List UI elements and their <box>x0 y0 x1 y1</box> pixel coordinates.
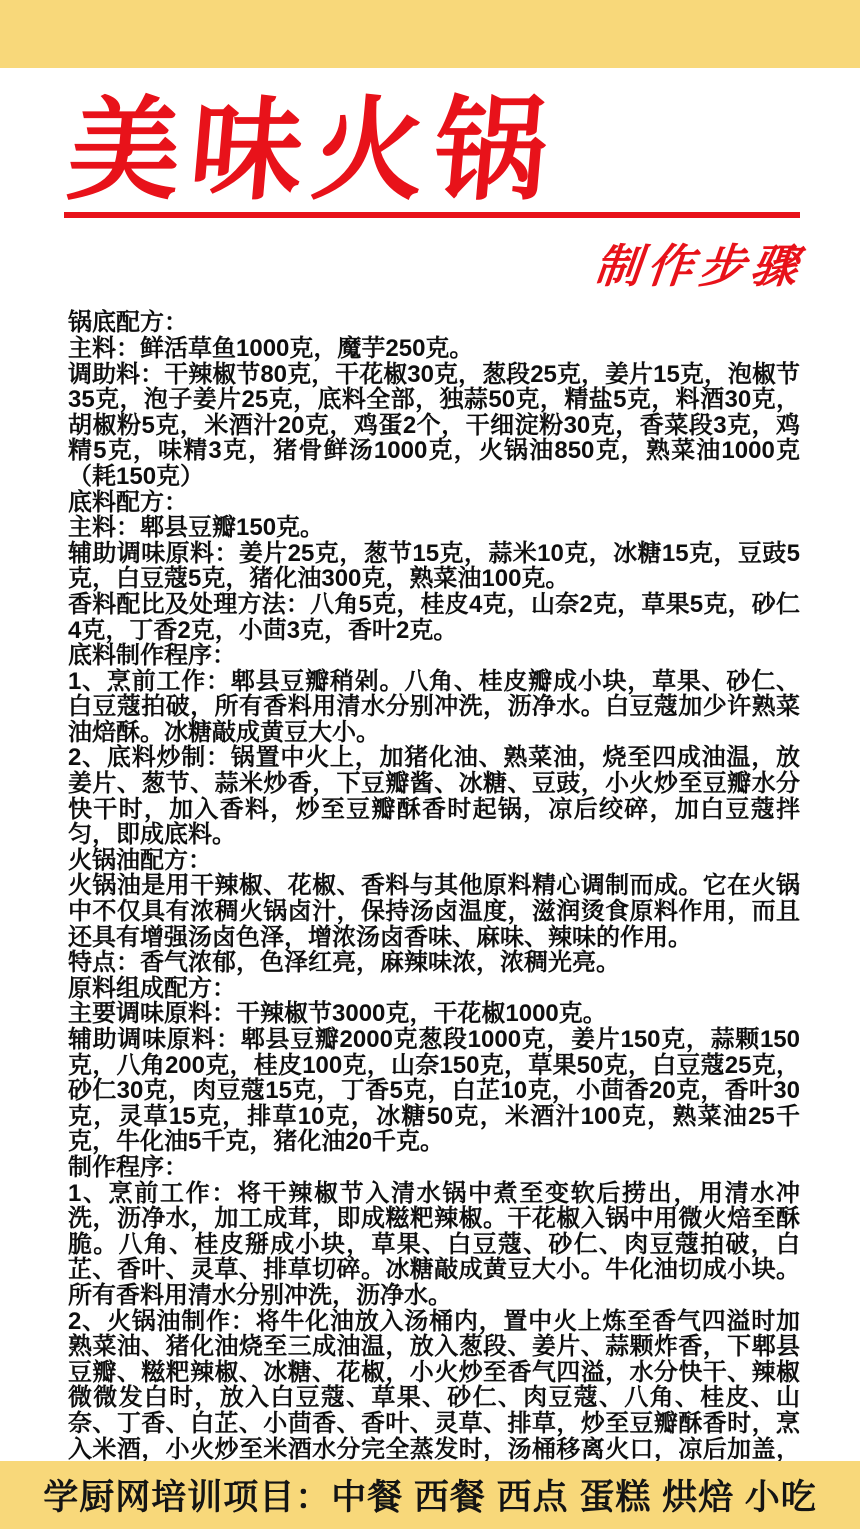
footer-training-programs: 学厨网培训项目：中餐 西餐 西点 蛋糕 烘焙 小吃 <box>43 1470 817 1520</box>
base-aux-seasonings: 辅助调味原料：姜片25克，葱节15克，蒜米10克，冰糖15克，豆豉5克，白豆蔻5… <box>68 541 800 592</box>
bottom-yellow-band: 学厨网培训项目：中餐 西餐 西点 蛋糕 烘焙 小吃 <box>0 1461 860 1529</box>
base-procedure-step-2: 2、底料炒制：锅置中火上，加猪化油、熟菜油，烧至四成油温，放姜片、葱节、蒜米炒香… <box>68 745 800 847</box>
base-spice-ratios: 香料配比及处理方法：八角5克，桂皮4克，山奈2克，草果5克，砂仁4克，丁香2克，… <box>68 592 800 643</box>
header: 美味火锅 制作步骤 <box>0 68 860 296</box>
base-procedure-step-1: 1、烹前工作：郫县豆瓣稍剁。八角、桂皮瓣成小块，草果、砂仁、白豆蔻拍破，所有香料… <box>68 669 800 746</box>
page-title: 美味火锅 <box>64 98 809 204</box>
hotpot-oil-description: 火锅油是用干辣椒、花椒、香料与其他原料精心调制而成。它在火锅中不仅具有浓稠火锅卤… <box>68 873 800 950</box>
section-heading-base-material: 底料配方： <box>68 490 800 516</box>
oil-procedure-step-1: 1、烹前工作：将干辣椒节入清水锅中煮至变软后捞出，用清水冲洗，沥净水，加工成茸，… <box>68 1181 800 1309</box>
section-heading-pot-base: 锅底配方： <box>68 310 800 336</box>
pot-base-seasonings: 调助料：干辣椒节80克，干花椒30克，葱段25克，姜片15克，泡椒节35克，泡子… <box>68 362 800 490</box>
section-heading-oil-procedure: 制作程序： <box>68 1155 800 1181</box>
title-underline <box>64 212 800 218</box>
pot-base-main-ingredients: 主料：鲜活草鱼1000克，魔芋250克。 <box>68 336 800 362</box>
base-main-ingredients: 主料：郫县豆瓣150克。 <box>68 515 800 541</box>
section-heading-hotpot-oil: 火锅油配方： <box>68 848 800 874</box>
section-heading-base-procedure: 底料制作程序： <box>68 643 800 669</box>
hotpot-oil-features: 特点：香气浓郁，色泽红亮，麻辣味浓，浓稠光亮。 <box>68 950 800 976</box>
top-yellow-band <box>0 0 860 68</box>
oil-main-seasonings: 主要调味原料：干辣椒节3000克，干花椒1000克。 <box>68 1001 800 1027</box>
section-heading-oil-composition: 原料组成配方： <box>68 976 800 1002</box>
recipe-poster: { "page": { "title": "美味火锅", "subtitle":… <box>0 0 860 1529</box>
oil-aux-seasonings: 辅助调味原料：郫县豆瓣2000克葱段1000克，姜片150克，蒜颗150克，八角… <box>68 1027 800 1155</box>
page-subtitle: 制作步骤 <box>64 230 807 296</box>
recipe-body: 锅底配方： 主料：鲜活草鱼1000克，魔芋250克。 调助料：干辣椒节80克，干… <box>0 296 860 1487</box>
